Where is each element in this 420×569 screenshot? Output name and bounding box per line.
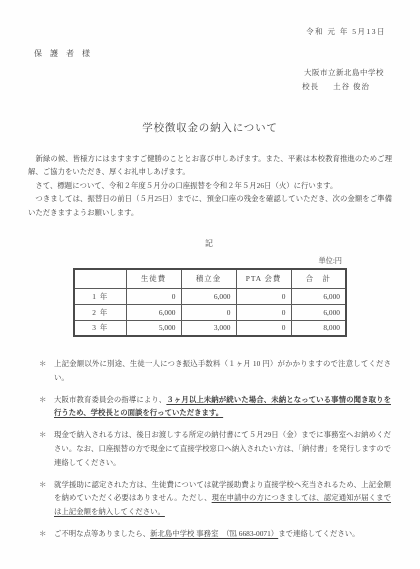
cell-value: 0 (236, 320, 291, 336)
header-total: 合 計 (291, 269, 346, 288)
note-transfer-fee: ＊ 上記金額以外に別途、生徒一人につき振込手数料（１ヶ月 10 円）がかかります… (28, 357, 392, 384)
unit-label: 単位:円 (28, 256, 342, 266)
note-cash-payment: ＊ 現金で納入される方は、後日お渡しする所定の納付書にて５月29日（金）までに事… (28, 428, 392, 469)
cell-value: 6,000 (126, 304, 181, 320)
principal-line: 校長土谷 俊治 (28, 80, 370, 94)
recipient-line: 保 護 者 様 (34, 48, 392, 59)
asterisk-marker: ＊ (39, 527, 54, 541)
cell-value: 3,000 (181, 320, 236, 336)
note-contact-underlined: 新北島中学校 事務室 （℡ 6683-0071） (150, 529, 278, 538)
note-text: まで連絡してください。 (278, 529, 359, 538)
principal-title: 校長 (302, 82, 319, 91)
paragraph-transfer-date: さて、標題について、令和２年度５月分の口座振替を令和２年５月26日（火）に行いま… (28, 179, 392, 192)
note-text: 現金で納入される方は、後日お渡しする所定の納付書にて５月29日（金）までに事務室… (54, 430, 391, 466)
document-date: 令和 元 年 5月13日 (28, 26, 386, 37)
asterisk-marker: ＊ (39, 357, 54, 384)
table-row: 2 年 6,000 0 0 6,000 (74, 304, 346, 320)
row-label: 1 年 (74, 288, 126, 304)
document-title: 学校徴収金の納入について (28, 120, 392, 135)
table-row: 1 年 0 6,000 0 6,000 (74, 288, 346, 304)
note-school-aid: ＊ 就学援助に認定された方は、生徒費については就学援助費より直接学校へ充当される… (28, 478, 392, 519)
cell-value: 0 (236, 288, 291, 304)
fee-table: 生徒費 積立金 PTA 会費 合 計 1 年 0 6,000 0 6,000 2… (73, 268, 347, 337)
header-pta-fee: PTA 会費 (236, 269, 291, 288)
row-label: 3 年 (74, 320, 126, 336)
cell-value: 6,000 (291, 304, 346, 320)
note-text: 大阪市教育委員会の指導により、 (54, 395, 166, 404)
note-text: ご不明な点等ありましたら、 (54, 529, 150, 538)
header-reserve-fund: 積立金 (181, 269, 236, 288)
cell-value: 8,000 (291, 320, 346, 336)
note-contact: ＊ ご不明な点等ありましたら、新北島中学校 事務室 （℡ 6683-0071）ま… (28, 527, 392, 541)
note-unpaid-interview: ＊ 大阪市教育委員会の指導により、３ヶ月以上未納が続いた場合、未納となっている事… (28, 393, 392, 420)
header-grade (74, 269, 126, 288)
principal-name: 土谷 俊治 (333, 82, 370, 91)
cell-value: 6,000 (181, 288, 236, 304)
ki-heading: 記 (28, 238, 392, 249)
document-page: 令和 元 年 5月13日 保 護 者 様 大阪市立新北島中学校 校長土谷 俊治 … (0, 0, 420, 569)
header-student-fee: 生徒費 (126, 269, 181, 288)
cell-value: 0 (236, 304, 291, 320)
paragraph-greeting: 新緑の候、皆様方にはますますご健勝のこととお喜び申しあげます。また、平素は本校教… (28, 152, 392, 179)
note-text: 上記金額以外に別途、生徒一人につき振込手数料（１ヶ月 10 円）がかかりますので… (54, 359, 391, 382)
asterisk-marker: ＊ (39, 428, 54, 469)
asterisk-marker: ＊ (39, 393, 54, 420)
notes-section: ＊ 上記金額以外に別途、生徒一人につき振込手数料（１ヶ月 10 円）がかかります… (28, 357, 392, 541)
sender-block: 大阪市立新北島中学校 校長土谷 俊治 (28, 66, 392, 94)
cell-value: 0 (181, 304, 236, 320)
school-name: 大阪市立新北島中学校 (28, 66, 384, 80)
asterisk-marker: ＊ (39, 478, 54, 519)
table-header-row: 生徒費 積立金 PTA 会費 合 計 (74, 269, 346, 288)
body-text: 新緑の候、皆様方にはますますご健勝のこととお喜び申しあげます。また、平素は本校教… (28, 152, 392, 219)
cell-value: 5,000 (126, 320, 181, 336)
cell-value: 6,000 (291, 288, 346, 304)
row-label: 2 年 (74, 304, 126, 320)
table-row: 3 年 5,000 3,000 0 8,000 (74, 320, 346, 336)
cell-value: 0 (126, 288, 181, 304)
paragraph-request: つきましては、振替日の前日（５月25日）までに、預金口座の残金を確認していただき… (28, 192, 392, 219)
